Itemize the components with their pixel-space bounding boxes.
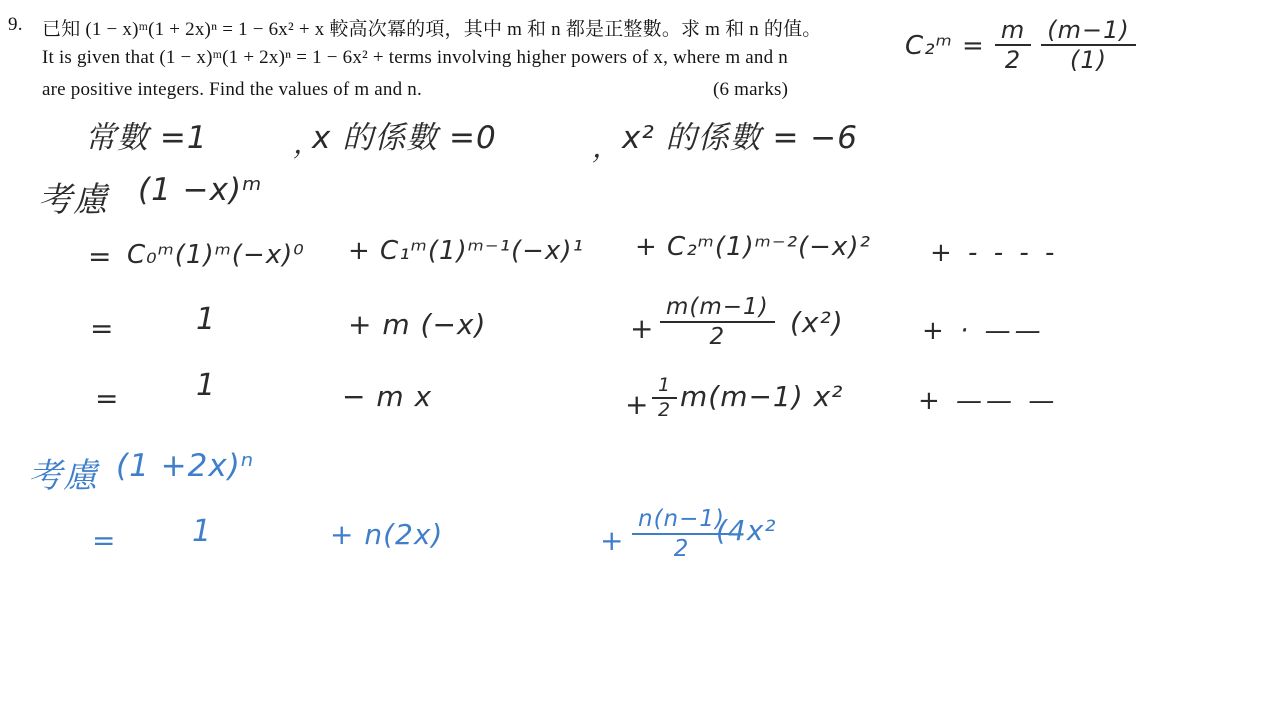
consider-label: 考慮 <box>38 172 108 221</box>
term-x-squared: (x²) <box>790 306 844 339</box>
question-text-chinese: 已知 (1 − x)ᵐ(1 + 2x)ⁿ = 1 − 6x² + x 較高次冪的… <box>42 14 822 41</box>
question-text-english-line1: It is given that (1 − x)ᵐ(1 + 2x)ⁿ = 1 −… <box>42 47 788 69</box>
condition-x-coefficient: x 的係數 =0 <box>312 112 497 157</box>
plus-sign: + <box>600 524 624 557</box>
fraction-m-m-minus-1-over-2: m(m−1) 2 <box>660 296 775 349</box>
fraction-numerator: (m−1) <box>1041 18 1135 46</box>
fraction-denominator: (1) <box>1070 46 1107 73</box>
equals-sign: = <box>88 240 112 273</box>
fraction-denominator: 2 <box>710 323 726 349</box>
question-text-english-line2: are positive integers. Find the values o… <box>42 79 422 101</box>
binomial-one-minus-x: (1 −x)ᵐ <box>138 172 262 208</box>
fraction-numerator: 1 <box>652 376 677 399</box>
expansion-term-1: + C₁ᵐ(1)ᵐ⁻¹(−x)¹ <box>348 236 584 266</box>
plus-sign: + <box>625 388 649 421</box>
binomial-one-plus-2x: (1 +2x)ⁿ <box>116 448 254 484</box>
term-one: 1 <box>196 368 216 403</box>
worksheet-page: 9. 已知 (1 − x)ᵐ(1 + 2x)ⁿ = 1 − 6x² + x 較高… <box>0 0 1280 720</box>
term-4x-squared: (4x² <box>716 514 777 547</box>
expansion-term-2: + C₂ᵐ(1)ᵐ⁻²(−x)² <box>635 232 871 262</box>
term-m-negative-x: + m (−x) <box>348 308 486 341</box>
equals-sign: = <box>95 382 119 415</box>
consider-label: 考慮 <box>28 448 98 497</box>
term-n-2x: + n(2x) <box>330 518 443 551</box>
corner-note-lhs: C₂ᵐ = <box>905 31 985 61</box>
ellipsis-dashes: + · —— <box>922 316 1045 346</box>
condition-constant-term: 常數 =1 <box>85 112 208 157</box>
marks-label: (6 marks) <box>713 79 788 101</box>
term-m-m-minus-1-x-squared: m(m−1) x² <box>680 380 843 413</box>
ellipsis-dashes: + —— — <box>918 386 1058 416</box>
question-number: 9. <box>8 14 23 36</box>
corner-note-fraction-1: m 2 <box>995 18 1031 73</box>
fraction-denominator: 2 <box>658 399 671 421</box>
equals-sign: = <box>92 524 116 557</box>
term-minus-mx: − m x <box>342 380 432 413</box>
ellipsis-dashes: + - - - - <box>930 238 1058 268</box>
corner-note-combination-formula: C₂ᵐ = m 2 (m−1) (1) <box>905 18 1136 73</box>
comma-separator: ， <box>592 126 621 166</box>
fraction-denominator: 2 <box>1005 46 1021 73</box>
term-one: 1 <box>196 302 216 337</box>
fraction-denominator: 2 <box>674 535 690 561</box>
fraction-numerator: m(m−1) <box>660 296 775 323</box>
fraction-one-half: 1 2 <box>652 376 677 421</box>
equals-sign: = <box>90 312 114 345</box>
corner-note-fraction-2: (m−1) (1) <box>1041 18 1135 73</box>
plus-sign: + <box>630 312 654 345</box>
condition-x2-coefficient: x² 的係數 = −6 <box>622 112 858 157</box>
term-one: 1 <box>192 514 212 549</box>
expansion-term-0: C₀ᵐ(1)ᵐ(−x)⁰ <box>127 240 305 270</box>
fraction-numerator: m <box>995 18 1031 46</box>
